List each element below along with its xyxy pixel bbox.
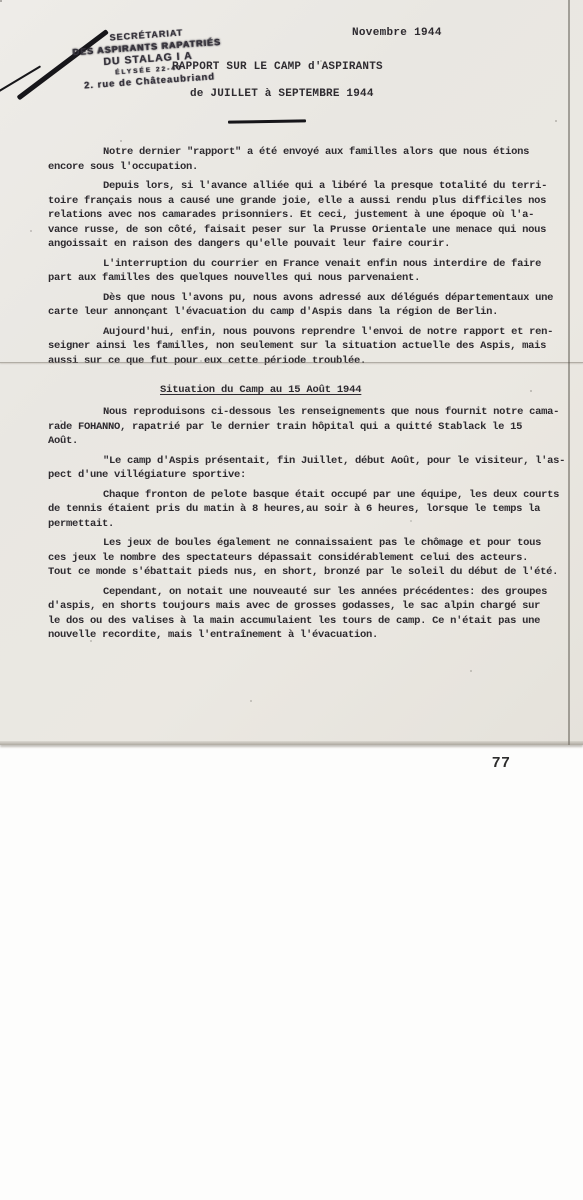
paragraph: Depuis lors, si l'avance alliée qui a li…: [48, 179, 578, 252]
paragraph: Dès que nous l'avons pu, nous avons adre…: [48, 291, 578, 320]
secretariat-stamp: SECRÉTARIAT DES ASPIRANTS RAPATRIÉS DU S…: [46, 23, 250, 95]
paragraph: Cependant, on notait une nouveauté sur l…: [48, 585, 578, 643]
paragraph: Chaque fronton de pelote basque était oc…: [48, 488, 578, 532]
paragraph: Nous reproduisons ci-dessous les renseig…: [48, 405, 578, 449]
page-number: 77: [492, 754, 511, 771]
paragraph: L'interruption du courrier en France ven…: [48, 257, 578, 286]
paragraph: "Le camp d'Aspis présentait, fin Juillet…: [48, 454, 578, 483]
scan-bottom-edge: [0, 741, 583, 745]
scan-noise: [0, 0, 2, 2]
report-subtitle: de JUILLET à SEPTEMBRE 1944: [190, 88, 374, 100]
title-divider: [228, 119, 306, 123]
fold-crease: [0, 362, 583, 363]
report-body: Notre dernier "rapport" a été envoyé aux…: [48, 145, 578, 373]
document-canvas: SECRÉTARIAT DES ASPIRANTS RAPATRIÉS DU S…: [0, 0, 583, 1200]
document-date: Novembre 1944: [352, 27, 442, 39]
scan-page: SECRÉTARIAT DES ASPIRANTS RAPATRIÉS DU S…: [0, 0, 583, 745]
scan-right-edge: [568, 0, 570, 745]
section-heading: Situation du Camp au 15 Août 1944: [48, 383, 578, 398]
report-title: RAPPORT SUR LE CAMP d'ASPIRANTS: [172, 61, 383, 73]
pen-mark-icon: [0, 65, 41, 93]
situation-section: Situation du Camp au 15 Août 1944 Nous r…: [48, 383, 578, 648]
paragraph: Notre dernier "rapport" a été envoyé aux…: [48, 145, 578, 174]
paragraph: Les jeux de boules également ne connaiss…: [48, 536, 578, 580]
